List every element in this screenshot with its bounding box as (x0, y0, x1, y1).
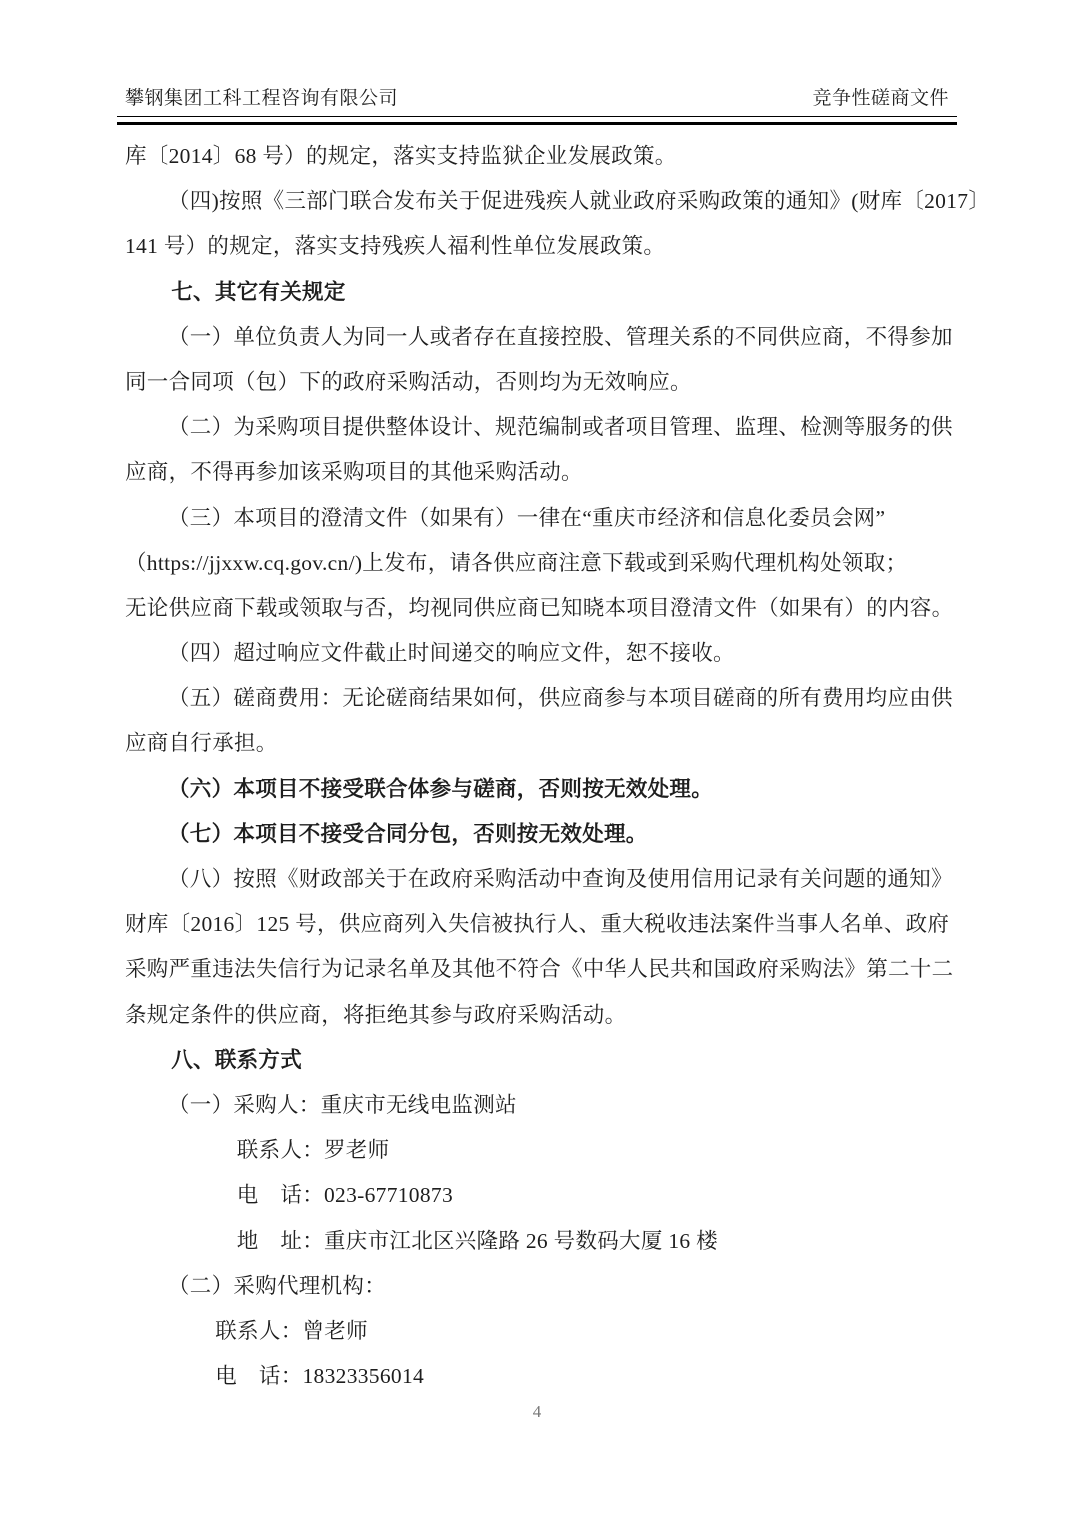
document-line: （四)按照《三部门联合发布关于促进残疾人就业政府采购政策的通知》(财库〔2017… (125, 179, 955, 224)
document-line: （七）本项目不接受合同分包，否则按无效处理。 (125, 812, 955, 857)
document-line: 联系人：罗老师 (125, 1128, 955, 1173)
document-line: （二）采购代理机构： (125, 1264, 955, 1309)
document-line: 电 话：023-67710873 (125, 1173, 955, 1218)
document-line: （一）单位负责人为同一人或者存在直接控股、管理关系的不同供应商，不得参加 (125, 315, 955, 360)
document-line: 联系人：曾老师 (125, 1309, 955, 1354)
document-line: 应商，不得再参加该采购项目的其他采购活动。 (125, 450, 955, 495)
document-line: 141 号）的规定，落实支持残疾人福利性单位发展政策。 (125, 224, 955, 269)
document-line: 采购严重违法失信行为记录名单及其他不符合《中华人民共和国政府采购法》第二十二 (125, 947, 955, 992)
document-line: 同一合同项（包）下的政府采购活动，否则均为无效响应。 (125, 360, 955, 405)
page-footer: 4 (0, 1402, 1074, 1422)
document-line: 财库〔2016〕125 号，供应商列入失信被执行人、重大税收违法案件当事人名单、… (125, 902, 955, 947)
document-line: （八）按照《财政部关于在政府采购活动中查询及使用信用记录有关问题的通知》 (125, 857, 955, 902)
document-line: （二）为采购项目提供整体设计、规范编制或者项目管理、监理、检测等服务的供 (125, 405, 955, 450)
document-line: 条规定条件的供应商，将拒绝其参与政府采购活动。 (125, 993, 955, 1038)
document-page: 攀钢集团工科工程咨询有限公司 竞争性磋商文件 库〔2014〕68 号）的规定，落… (0, 0, 1074, 1520)
document-line: （五）磋商费用：无论磋商结果如何，供应商参与本项目磋商的所有费用均应由供 (125, 676, 955, 721)
header-rule-thick (117, 122, 957, 125)
document-line: 电 话：18323356014 (125, 1354, 955, 1399)
document-line: （三）本项目的澄清文件（如果有）一律在“重庆市经济和信息化委员会网” (125, 496, 955, 541)
document-line: 无论供应商下载或领取与否，均视同供应商已知晓本项目澄清文件（如果有）的内容。 (125, 586, 955, 631)
document-line: （一）采购人：重庆市无线电监测站 (125, 1083, 955, 1128)
document-body: 库〔2014〕68 号）的规定，落实支持监狱企业发展政策。（四)按照《三部门联合… (125, 134, 955, 1399)
document-line: （六）本项目不接受联合体参与磋商，否则按无效处理。 (125, 767, 955, 812)
header-company-name: 攀钢集团工科工程咨询有限公司 (125, 83, 398, 110)
header-rule-thin (117, 116, 957, 117)
document-line: 库〔2014〕68 号）的规定，落实支持监狱企业发展政策。 (125, 134, 955, 179)
document-line: 八、联系方式 (125, 1038, 955, 1083)
document-line: 地 址：重庆市江北区兴隆路 26 号数码大厦 16 楼 (125, 1219, 955, 1264)
document-line: 七、其它有关规定 (125, 270, 955, 315)
document-line: （四）超过响应文件截止时间递交的响应文件，恕不接收。 (125, 631, 955, 676)
document-line: （https://jjxxw.cq.gov.cn/)上发布，请各供应商注意下载或… (125, 541, 955, 586)
page-number: 4 (533, 1402, 542, 1421)
document-line: 应商自行承担。 (125, 721, 955, 766)
page-header: 攀钢集团工科工程咨询有限公司 竞争性磋商文件 (125, 86, 949, 110)
header-doc-type: 竞争性磋商文件 (812, 83, 949, 110)
